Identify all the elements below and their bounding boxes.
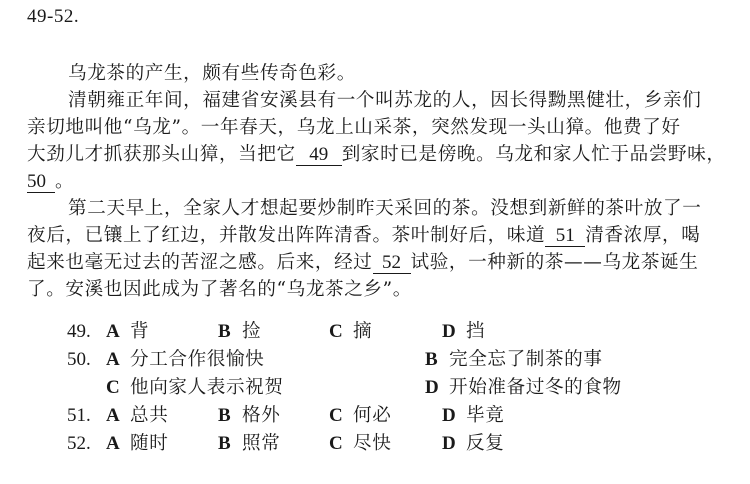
- option-c[interactable]: C何必: [329, 402, 391, 430]
- question-52: 52. A随时 B照常 C尽快 D反复: [0, 430, 750, 458]
- passage-line: 50。: [27, 168, 727, 195]
- section-heading: 49-52.: [27, 6, 79, 28]
- option-b[interactable]: B照常: [218, 430, 280, 458]
- option-d[interactable]: D毕竟: [442, 402, 504, 430]
- option-c[interactable]: C摘: [329, 318, 372, 346]
- passage-text: 清香浓厚，喝: [585, 225, 700, 246]
- question-number: 51.: [67, 402, 91, 430]
- reading-passage: 乌龙茶的产生，颇有些传奇色彩。 清朝雍正年间，福建省安溪县有一个叫苏龙的人，因长…: [27, 60, 727, 303]
- answer-options: 49. A背 B捡 C摘 D挡 50. A分工合作很愉快 B完全忘了制茶的事 C…: [0, 318, 750, 458]
- passage-line: 了。安溪也因此成为了著名的“乌龙茶之乡”。: [27, 276, 727, 303]
- question-51: 51. A总共 B格外 C何必 D毕竟: [0, 402, 750, 430]
- option-b[interactable]: B捡: [218, 318, 261, 346]
- question-number: 49.: [67, 318, 91, 346]
- option-d[interactable]: D反复: [442, 430, 504, 458]
- option-d[interactable]: D开始准备过冬的食物: [425, 374, 622, 402]
- passage-text: 起来也毫无过去的苦涩之感。后来，经过: [27, 252, 373, 273]
- option-c[interactable]: C尽快: [329, 430, 391, 458]
- passage-text: 。: [55, 171, 74, 192]
- question-number: 52.: [67, 430, 91, 458]
- passage-line: 乌龙茶的产生，颇有些传奇色彩。: [27, 60, 727, 87]
- blank-51[interactable]: 51: [545, 226, 585, 247]
- option-d[interactable]: D挡: [442, 318, 485, 346]
- exam-page: 49-52. 乌龙茶的产生，颇有些传奇色彩。 清朝雍正年间，福建省安溪县有一个叫…: [0, 0, 750, 484]
- blank-52[interactable]: 52: [373, 253, 411, 274]
- question-50: 50. A分工合作很愉快 B完全忘了制茶的事: [0, 346, 750, 374]
- question-50-cont: C他向家人表示祝贺 D开始准备过冬的食物: [0, 374, 750, 402]
- option-b[interactable]: B格外: [218, 402, 280, 430]
- passage-line: 夜后，已镶上了红边，并散发出阵阵清香。茶叶制好后，味道51清香浓厚，喝: [27, 222, 727, 249]
- blank-50[interactable]: 50: [27, 172, 55, 193]
- option-c[interactable]: C他向家人表示祝贺: [106, 374, 284, 402]
- option-a[interactable]: A随时: [106, 430, 168, 458]
- passage-line: 第二天早上，全家人才想起要炒制昨天采回的茶。没想到新鲜的茶叶放了一: [27, 195, 727, 222]
- passage-line: 起来也毫无过去的苦涩之感。后来，经过52试验，一种新的茶——乌龙茶诞生: [27, 249, 727, 276]
- passage-text: 到家时已是傍晚。乌龙和家人忙于品尝野味，: [342, 144, 726, 165]
- passage-line: 亲切地叫他“乌龙”。一年春天，乌龙上山采茶，突然发现一头山獐。他费了好: [27, 114, 727, 141]
- passage-line: 清朝雍正年间，福建省安溪县有一个叫苏龙的人，因长得黝黑健壮，乡亲们: [27, 87, 727, 114]
- option-a[interactable]: A背: [106, 318, 149, 346]
- blank-49[interactable]: 49: [296, 145, 342, 166]
- option-a[interactable]: A总共: [106, 402, 168, 430]
- option-b[interactable]: B完全忘了制茶的事: [425, 346, 603, 374]
- passage-text: 夜后，已镶上了红边，并散发出阵阵清香。茶叶制好后，味道: [27, 225, 545, 246]
- question-number: 50.: [67, 346, 91, 374]
- passage-text: 大劲儿才抓获那头山獐，当把它: [27, 144, 296, 165]
- option-a[interactable]: A分工合作很愉快: [106, 346, 264, 374]
- question-49: 49. A背 B捡 C摘 D挡: [0, 318, 750, 346]
- passage-line: 大劲儿才抓获那头山獐，当把它49到家时已是傍晚。乌龙和家人忙于品尝野味，: [27, 141, 727, 168]
- passage-text: 试验，一种新的茶——乌龙茶诞生: [411, 252, 699, 273]
